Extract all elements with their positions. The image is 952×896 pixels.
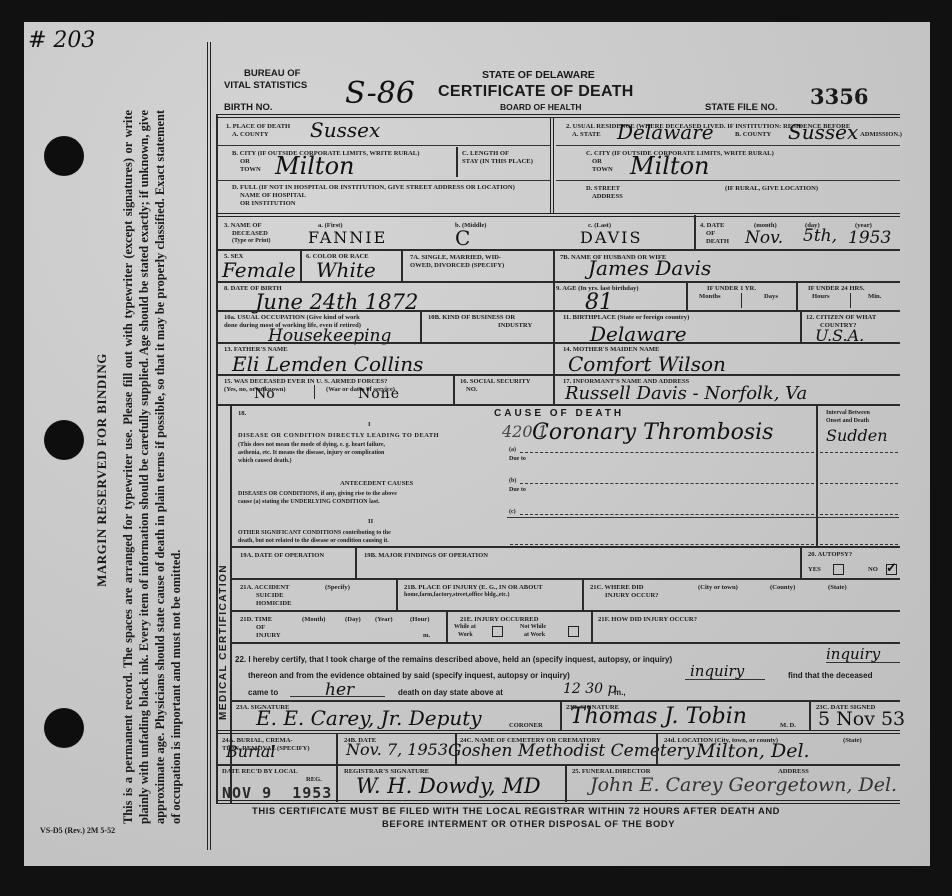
city-town-label: TOWN [240, 166, 261, 174]
direct-cause-label: DISEASE OR CONDITION DIRECTLY LEADING TO… [238, 432, 439, 440]
burial-date-value: Nov. 7, 1953 [346, 740, 448, 759]
burial-type-value: Burial [226, 742, 275, 761]
coroner-signature: E. E. Carey, Jr. Deputy [256, 706, 482, 730]
county-label: a. COUNTY [232, 131, 269, 139]
column-divider [446, 612, 448, 642]
burial-state-label: (State) [843, 737, 862, 745]
row-divider [216, 730, 900, 734]
injury-occurred-label: 21e. INJURY OCCURRED [460, 616, 538, 624]
hours-label: Hours [812, 293, 830, 301]
filing-notice-2: BEFORE INTERMENT OR OTHER DISPOSAL OF TH… [382, 818, 675, 829]
certify-line-3: came to [248, 688, 278, 697]
column-divider [686, 283, 688, 310]
row-divider [216, 404, 900, 406]
war-service-value: None [358, 386, 400, 402]
other-conditions-line [510, 544, 814, 545]
certify-line-2-post: find that the deceased [788, 671, 872, 680]
street-address-label: ADDRESS [592, 193, 623, 201]
name-label-2: DECEASED [232, 230, 268, 238]
column-divider [456, 147, 458, 177]
column-divider [741, 293, 742, 308]
months-label: Months [699, 293, 721, 301]
antecedent-note-2: cause (a) stating the UNDERLYING CONDITI… [238, 499, 380, 507]
medical-certification-label: MEDICAL CERTIFICATION [218, 564, 229, 720]
row-divider [556, 145, 900, 146]
injury-type-suicide: SUICIDE [256, 592, 283, 600]
date-signed-value: 5 Nov 53 [818, 708, 905, 730]
race-value: White [316, 258, 376, 282]
certify-line-2: thereon and from the evidence obtained b… [248, 671, 570, 680]
md-signature: Thomas J. Tobin [570, 704, 747, 729]
while-at-work-label-2: Work [458, 632, 473, 640]
interval-line-d [820, 544, 898, 545]
interval-line-c [820, 514, 898, 515]
column-divider [396, 580, 398, 610]
bureau-label: BUREAU OF [244, 68, 300, 79]
column-divider [453, 376, 455, 404]
column-divider [550, 118, 554, 214]
column-divider [591, 612, 593, 642]
cause-num: 18. [238, 410, 246, 418]
residence-city-or: OR [592, 158, 602, 166]
interval-label-2: Onset and Death [826, 418, 869, 426]
binder-hole-bottom [44, 708, 84, 748]
cause-b-line [520, 483, 814, 484]
board-label: BOARD OF HEALTH [500, 102, 582, 112]
marital-label-2: OWED, DIVORCED (Specify) [410, 262, 504, 270]
certify-line-3-mid: death on day state above at [398, 688, 503, 697]
part-2-label: II [368, 518, 373, 526]
ssn-no-label: NO. [466, 386, 478, 394]
marital-label: 7a. SINGLE, MARRIED, WID- [410, 254, 501, 262]
cause-of-death-title: CAUSE OF DEATH [494, 408, 624, 419]
column-divider [800, 548, 802, 578]
interval-divider [816, 406, 818, 546]
cause-c-label: (c) [509, 509, 516, 517]
row-divider [556, 180, 900, 181]
cause-a-label: (a) [509, 447, 516, 455]
not-while-at-work-label: Not While [520, 624, 546, 632]
not-while-at-work-label-2: at Work [524, 632, 545, 640]
due-to-label-1: Due to [509, 456, 526, 464]
autopsy-no-checkbox[interactable] [886, 564, 897, 575]
death-year-value: 1953 [848, 228, 891, 248]
last-name-value: DAVIS [580, 228, 642, 247]
injury-time-injury: INJURY [256, 632, 281, 640]
registrar-signature: W. H. Dowdy, MD [356, 774, 541, 798]
row-divider [230, 610, 900, 612]
autopsy-yes-checkbox[interactable] [833, 564, 844, 575]
binder-hole-middle [44, 420, 84, 460]
column-divider [694, 215, 696, 249]
column-divider [656, 734, 658, 764]
row-divider [216, 342, 900, 344]
cause-a-line [520, 452, 814, 453]
page-annotation: # 203 [28, 28, 95, 53]
under-1yr-label: IF UNDER 1 YR. [707, 285, 756, 293]
injury-state-label: (State) [828, 584, 847, 592]
part-1-label: I [368, 421, 371, 429]
injury-place-label: 21b. PLACE OF INJURY (e. g., in or about [404, 584, 543, 592]
cemetery-value: Goshen Methodist Cemetery [448, 741, 695, 761]
residence-state-label: a. STATE [572, 131, 601, 139]
birth-no-label: BIRTH NO. [224, 102, 273, 113]
row-divider [216, 213, 900, 217]
row-divider [230, 642, 900, 644]
row-divider [230, 700, 900, 702]
coroner-label: CORONER [509, 722, 543, 730]
business-label-2: INDUSTRY [498, 322, 532, 330]
direct-cause-note-3: which caused death.) [238, 458, 292, 466]
came-to-value: her [325, 680, 354, 700]
injury-where-label-2: INJURY OCCUR? [605, 592, 659, 600]
direct-cause-note-1: (This does not mean the mode of dying, e… [238, 442, 385, 450]
other-conditions-1: OTHER SIGNIFICANT CONDITIONS contributin… [238, 530, 391, 538]
death-time-value: 12 30 p [563, 681, 617, 697]
hospital-label-3: OR INSTITUTION [240, 200, 296, 208]
column-divider [553, 312, 555, 342]
row-divider [216, 249, 900, 251]
injury-time-label: 21d. TIME [240, 616, 272, 624]
informant-value: Russell Davis - Norfolk, Va [565, 383, 807, 404]
armed-forces-value: No [254, 386, 275, 402]
column-divider [800, 312, 802, 342]
row-divider [216, 374, 900, 376]
state-file-label: STATE FILE NO. [705, 102, 777, 113]
not-while-at-work-checkbox[interactable] [568, 626, 579, 637]
date-of-death-of: OF [706, 230, 715, 238]
operation-findings-label: 19b. MAJOR FINDINGS OF OPERATION [364, 552, 488, 560]
name-label: 3. NAME OF [224, 222, 262, 230]
residence-city-town: TOWN [592, 166, 613, 174]
md-label: M. D. [780, 722, 796, 730]
certify-method-1: inquiry [826, 645, 880, 663]
certify-line-1: 22. I hereby certify, that I took charge… [235, 655, 672, 664]
injury-month-label: (Month) [302, 616, 325, 624]
under-24hrs-label: IF UNDER 24 HRS. [808, 285, 865, 293]
middle-name-value: C [455, 226, 470, 250]
column-divider [300, 251, 302, 281]
injury-place-label-2: home,farm,factory,street,office bldg.,et… [404, 592, 510, 600]
death-month-value: Nov. [745, 228, 783, 248]
bureau-label-2: VITAL STATISTICS [224, 80, 307, 91]
birthplace-label: 11. BIRTHPLACE (State or foreign country… [563, 314, 689, 322]
antecedent-title: ANTECEDENT CAUSES [340, 480, 413, 488]
death-county-value: Sussex [310, 118, 380, 142]
death-day-value: 5th, [803, 226, 837, 246]
form-number: VS-D5 (Rev.) 2M 5-52 [40, 826, 115, 835]
column-divider [796, 283, 798, 310]
column-divider [336, 766, 338, 802]
binding-margin: MARGIN RESERVED FOR BINDING This is a pe… [94, 110, 209, 830]
death-city-value: Milton [275, 152, 354, 180]
column-divider [560, 702, 562, 730]
certify-method-1-line [826, 662, 900, 663]
column-divider [850, 293, 851, 308]
column-divider [401, 251, 403, 281]
column-divider [565, 766, 567, 802]
row-divider [216, 310, 900, 312]
state-file-value: 3356 [810, 84, 868, 109]
length-of-stay-label: c. LENGTH OF [462, 150, 509, 158]
column-divider [355, 548, 357, 578]
column-divider [553, 251, 555, 281]
date-received-label: DATE REC'D BY LOCAL [222, 768, 298, 776]
place-of-death-label: 1. PLACE OF DEATH [226, 123, 290, 131]
father-value: Eli Lemden Collins [232, 352, 423, 376]
due-to-label-2: Due to [509, 487, 526, 495]
column-divider [420, 312, 422, 342]
row-divider [216, 764, 900, 766]
injury-day-label: (Day) [345, 616, 361, 624]
column-divider [553, 283, 555, 310]
min-label: Min. [868, 293, 881, 301]
injury-where-label: 21c. WHERE DID [590, 584, 644, 592]
burial-location-value: Milton, Del. [696, 740, 810, 762]
business-label: 10b. KIND OF BUSINESS OR [428, 314, 515, 322]
date-of-death-label: 4. DATE [700, 222, 724, 230]
injury-city-label: (City or town) [698, 584, 738, 592]
certify-line-3-post: m., [614, 688, 626, 697]
interval-label: Interval Between [826, 410, 870, 418]
injury-county-label: (County) [770, 584, 795, 592]
days-label: Days [764, 293, 778, 301]
injury-type-label: 21a. ACCIDENT [240, 584, 289, 592]
column-divider [809, 702, 811, 730]
hospital-label: d. FULL (If not in hospital or instituti… [232, 184, 515, 192]
row-divider [507, 517, 899, 518]
interval-line-b [820, 483, 898, 484]
citizen-label: 12. CITIZEN OF WHAT [806, 314, 876, 322]
margin-instructions: This is a permanent record. The spaces a… [120, 110, 184, 830]
column-divider [336, 734, 338, 764]
residence-county-label: b. COUNTY [735, 131, 771, 139]
rural-note: (If rural, give location) [725, 185, 818, 193]
column-divider [553, 376, 555, 404]
cause-a-value: Coronary Thrombosis [532, 420, 773, 445]
filing-notice-1: THIS CERTIFICATE MUST BE FILED WITH THE … [252, 805, 780, 816]
certify-method-2: inquiry [690, 662, 744, 680]
injury-hour-label: (Hour) [410, 616, 429, 624]
birth-no-value: S-86 [345, 76, 415, 111]
cause-c-line [520, 514, 814, 515]
row-divider [216, 800, 900, 804]
state-name: STATE OF DELAWARE [482, 69, 595, 81]
city-or-label: OR [240, 158, 250, 166]
injury-year-label: (Year) [375, 616, 393, 624]
row-divider [216, 180, 550, 181]
hospital-label-2: NAME OF HOSPITAL [240, 192, 306, 200]
row-divider [230, 578, 900, 580]
name-label-3: (Type or Print) [232, 238, 270, 246]
armed-forces-label: 15. WAS DECEASED EVER IN U. S. ARMED FOR… [224, 378, 387, 386]
occupation-label: 10a. USUAL OCCUPATION (Give kind of work [224, 314, 360, 322]
funeral-director-value: John E. Carey Georgetown, Del. [590, 774, 897, 796]
injury-m-label: m. [423, 632, 430, 640]
how-injury-label: 21f. HOW DID INJURY OCCUR? [598, 616, 697, 624]
sex-value: Female [222, 258, 296, 282]
document-title: CERTIFICATE OF DEATH [438, 83, 634, 101]
ssn-label: 16. SOCIAL SECURITY [460, 378, 531, 386]
direct-cause-note-2: asthenia, etc. It means the disease, inj… [238, 450, 384, 458]
column-divider [582, 580, 584, 610]
date-of-death-death: DEATH [706, 238, 729, 246]
antecedent-note-1: DISEASES OR CONDITIONS, if any, giving r… [238, 491, 397, 499]
autopsy-no-label: NO [868, 566, 878, 574]
residence-county-value: Sussex [788, 120, 858, 144]
autopsy-yes-label: YES [808, 566, 821, 574]
column-divider [314, 385, 315, 399]
cause-b-label: (b) [509, 478, 516, 486]
certify-method-2-line [685, 679, 765, 680]
residence-state-value: Delaware [617, 120, 714, 144]
residence-city-value: Milton [630, 152, 709, 180]
interval-value: Sudden [826, 426, 888, 445]
date-received-label-2: REG. [306, 776, 322, 784]
admission-note: admission.) [860, 131, 902, 139]
interval-line-a [820, 452, 898, 453]
injury-type-specify: (Specify) [325, 584, 350, 592]
autopsy-label: 20. AUTOPSY? [808, 551, 852, 559]
column-divider [553, 344, 555, 374]
row-divider [216, 145, 550, 146]
binder-hole-top [44, 136, 84, 176]
length-of-stay-label-2: STAY (in this place) [462, 158, 533, 166]
spouse-value: James Davis [588, 256, 711, 280]
margin-title: MARGIN RESERVED FOR BINDING [94, 110, 110, 830]
street-label: d. STREET [586, 185, 620, 193]
mother-value: Comfort Wilson [568, 352, 726, 376]
first-name-value: FANNIE [308, 228, 387, 247]
operation-date-label: 19a. DATE OF OPERATION [240, 552, 324, 560]
injury-time-of: OF [256, 624, 265, 632]
while-at-work-label: While at [454, 624, 476, 632]
while-at-work-checkbox[interactable] [492, 626, 503, 637]
other-conditions-2: death, but not related to the disease or… [238, 538, 389, 546]
left-frame-line [207, 42, 211, 850]
injury-type-homicide: HOMICIDE [256, 600, 292, 608]
